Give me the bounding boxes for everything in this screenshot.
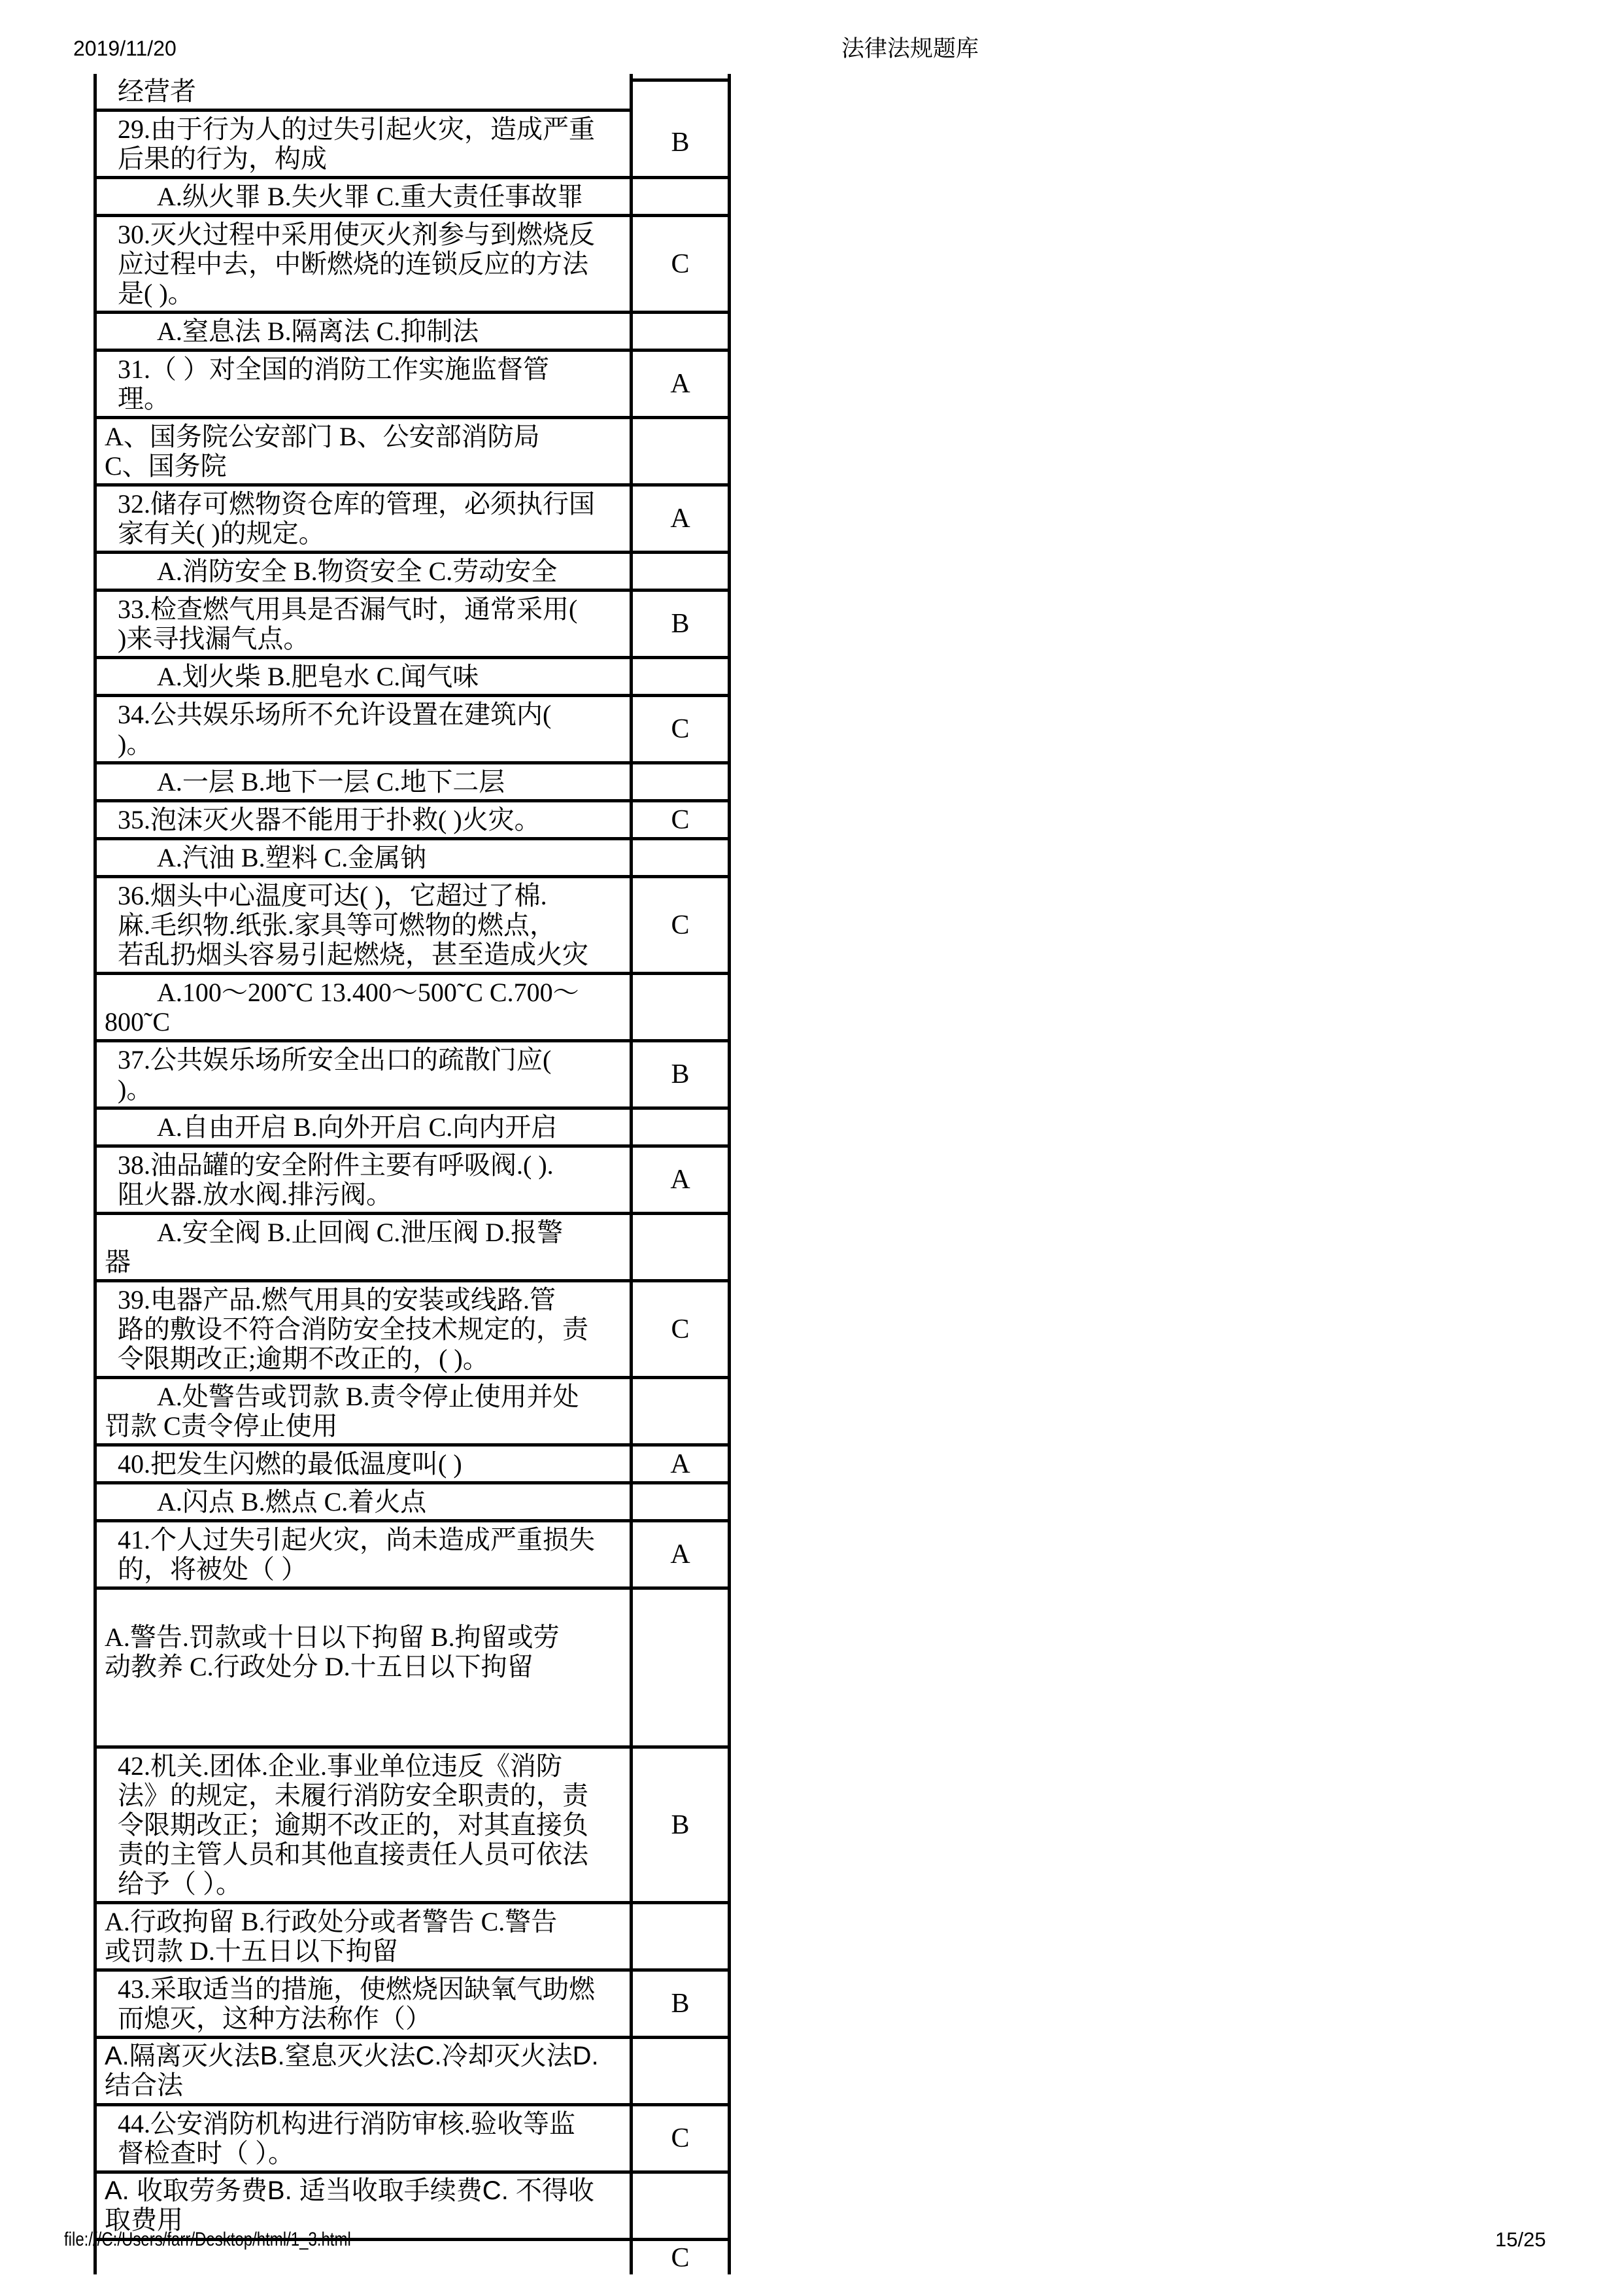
answer-cell: B xyxy=(633,1968,731,2036)
question-row: 31.（ ）对全国的消防工作实施监督管 理。A xyxy=(93,349,731,416)
question-row: 43.采取适当的措施，使燃烧因缺氧气助燃 而熄灭，这种方法称作（）B xyxy=(93,1968,731,2036)
question-cell: 38.油品罐的安全附件主要有呼吸阀.( ). 阻火器.放水阀.排污阀。 xyxy=(93,1144,633,1212)
options-row: A.行政拘留 B.行政处分或者警告 C.警告 或罚款 D.十五日以下拘留 xyxy=(93,1901,731,1968)
options-row: A.安全阀 B.止回阀 C.泄压阀 D.报警 器 xyxy=(93,1212,731,1279)
answer-cell: C xyxy=(633,875,731,972)
options-cell: A.纵火罪 B.失火罪 C.重大责任事故罪 xyxy=(93,176,633,214)
answer-cell: A xyxy=(633,1519,731,1586)
answer-cell: A xyxy=(633,483,731,551)
options-cell: A.行政拘留 B.行政处分或者警告 C.警告 或罚款 D.十五日以下拘留 xyxy=(93,1901,633,1968)
answer-cell-empty xyxy=(633,1481,731,1519)
options-cell: A.安全阀 B.止回阀 C.泄压阀 D.报警 器 xyxy=(93,1212,633,1279)
question-cell: 33.检查燃气用具是否漏气时，通常采用( )来寻找漏气点。 xyxy=(93,589,633,656)
question-row: 33.检查燃气用具是否漏气时，通常采用( )来寻找漏气点。B xyxy=(93,589,731,656)
options-cell: A.处警告或罚款 B.责令停止使用并处 罚款 C责令停止使用 xyxy=(93,1376,633,1443)
question-row: 44.公安消防机构进行消防审核.验收等监 督检查时（ ）。C xyxy=(93,2103,731,2170)
options-cell: A.一层 B.地下一层 C.地下二层 xyxy=(93,761,633,799)
answer-cell-empty xyxy=(633,972,731,1039)
options-cell: A.划火柴 B.肥皂水 C.闻气味 xyxy=(93,656,633,694)
page-title: 法律法规题库 xyxy=(841,37,979,61)
options-row: A、国务院公安部门 B、公安部消防局 C、国务院 xyxy=(93,416,731,483)
answer-cell-empty xyxy=(633,1901,731,1968)
question-cell: 37.公共娱乐场所安全出口的疏散门应( )。 xyxy=(93,1039,633,1106)
question-cell: 32.储存可燃物资仓库的管理，必须执行国 家有关( )的规定。 xyxy=(93,483,633,551)
question-cell: 42.机关.团体.企业.事业单位违反《消防 法》的规定，未履行消防安全职责的，责… xyxy=(93,1745,633,1901)
options-row: A.汽油 B.塑料 C.金属钠 xyxy=(93,837,731,875)
trailing-answer-cell: C xyxy=(633,2238,731,2274)
question-cell: 44.公安消防机构进行消防审核.验收等监 督检查时（ ）。 xyxy=(93,2103,633,2170)
question-cell: 43.采取适当的措施，使燃烧因缺氧气助燃 而熄灭，这种方法称作（） xyxy=(93,1968,633,2036)
header-date: 2019/11/20 xyxy=(73,37,177,60)
question-cell: 30.灭火过程中采用使灭火剂参与到燃烧反 应过程中去，中断燃烧的连锁反应的方法 … xyxy=(93,214,633,311)
answer-cell-empty xyxy=(633,416,731,483)
answer-cell-empty xyxy=(633,837,731,875)
question-cell: 35.泡沫灭火器不能用于扑救( )火灾。 xyxy=(93,799,633,837)
answer-cell-empty xyxy=(633,311,731,349)
question-row: 36.烟头中心温度可达( )，它超过了棉. 麻.毛织物.纸张.家具等可燃物的燃点… xyxy=(93,875,731,972)
options-cell: A.闪点 B.燃点 C.着火点 xyxy=(93,1481,633,1519)
options-cell: A.窒息法 B.隔离法 C.抑制法 xyxy=(93,311,633,349)
question-row: 41.个人过失引起火灾，尚未造成严重损失 的，将被处（ ）A xyxy=(93,1519,731,1586)
question-row: 29.由于行为人的过失引起火灾，造成严重 后果的行为，构成B xyxy=(93,109,731,176)
continuation-text-cell: 经营者 xyxy=(93,74,633,109)
options-row: A.划火柴 B.肥皂水 C.闻气味 xyxy=(93,656,731,694)
continuation-answer-cell xyxy=(633,74,731,109)
options-cell: A.汽油 B.塑料 C.金属钠 xyxy=(93,837,633,875)
answer-cell: B xyxy=(633,589,731,656)
options-cell: A.隔离灭火法B.窒息灭火法C.冷却灭火法D. 结合法 xyxy=(93,2036,633,2103)
answer-cell-empty xyxy=(633,761,731,799)
options-cell: A.100～200˜C 13.400～500˜C C.700～ 800˜C xyxy=(93,972,633,1039)
answer-cell: A xyxy=(633,1144,731,1212)
printed-page: { "header": { "date": "2019/11/20", "tit… xyxy=(0,0,1622,2296)
answer-cell-empty xyxy=(633,551,731,589)
answer-cell: C xyxy=(633,799,731,837)
options-row: A.处警告或罚款 B.责令停止使用并处 罚款 C责令停止使用 xyxy=(93,1376,731,1443)
answer-cell: C xyxy=(633,1279,731,1376)
footer-page-number: 15/25 xyxy=(1495,2229,1546,2251)
options-row: A.一层 B.地下一层 C.地下二层 xyxy=(93,761,731,799)
question-cell: 41.个人过失引起火灾，尚未造成严重损失 的，将被处（ ） xyxy=(93,1519,633,1586)
answer-cell: C xyxy=(633,2103,731,2170)
answer-cell: C xyxy=(633,694,731,761)
question-cell: 29.由于行为人的过失引起火灾，造成严重 后果的行为，构成 xyxy=(93,109,633,176)
page-break-border xyxy=(630,78,728,82)
answer-cell: B xyxy=(633,109,731,176)
options-row: A.自由开启 B.向外开启 C.向内开启 xyxy=(93,1106,731,1144)
answer-cell: A xyxy=(633,349,731,416)
options-row: A.隔离灭火法B.窒息灭火法C.冷却灭火法D. 结合法 xyxy=(93,2036,731,2103)
options-row: A.消防安全 B.物资安全 C.劳动安全 xyxy=(93,551,731,589)
options-cell: A、国务院公安部门 B、公安部消防局 C、国务院 xyxy=(93,416,633,483)
question-row: 39.电器产品.燃气用具的安装或线路.管 路的敷设不符合消防安全技术规定的，责 … xyxy=(93,1279,731,1376)
options-row: A.警告.罚款或十日以下拘留 B.拘留或劳 动教养 C.行政处分 D.十五日以下… xyxy=(93,1586,731,1745)
options-cell: A.消防安全 B.物资安全 C.劳动安全 xyxy=(93,551,633,589)
options-row: A.窒息法 B.隔离法 C.抑制法 xyxy=(93,311,731,349)
answer-cell-empty xyxy=(633,2036,731,2103)
options-cell: A.自由开启 B.向外开启 C.向内开启 xyxy=(93,1106,633,1144)
question-row: 37.公共娱乐场所安全出口的疏散门应( )。B xyxy=(93,1039,731,1106)
question-cell: 39.电器产品.燃气用具的安装或线路.管 路的敷设不符合消防安全技术规定的，责 … xyxy=(93,1279,633,1376)
answer-cell-empty xyxy=(633,656,731,694)
question-cell: 34.公共娱乐场所不允许设置在建筑内( )。 xyxy=(93,694,633,761)
answer-cell-empty xyxy=(633,1376,731,1443)
question-cell: 40.把发生闪燃的最低温度叫( ) xyxy=(93,1443,633,1481)
options-row: A. 收取劳务费B. 适当收取手续费C. 不得收 取费用 xyxy=(93,2170,731,2238)
question-cell: 31.（ ）对全国的消防工作实施监督管 理。 xyxy=(93,349,633,416)
question-cell: 36.烟头中心温度可达( )，它超过了棉. 麻.毛织物.纸张.家具等可燃物的燃点… xyxy=(93,875,633,972)
continuation-row: 经营者 xyxy=(93,74,731,109)
answer-cell-empty xyxy=(633,1212,731,1279)
options-row: A.闪点 B.燃点 C.着火点 xyxy=(93,1481,731,1519)
answer-cell: C xyxy=(633,214,731,311)
answer-cell-empty xyxy=(633,1586,731,1745)
question-row: 32.储存可燃物资仓库的管理，必须执行国 家有关( )的规定。A xyxy=(93,483,731,551)
answer-cell: A xyxy=(633,1443,731,1481)
question-row: 35.泡沫灭火器不能用于扑救( )火灾。C xyxy=(93,799,731,837)
question-row: 34.公共娱乐场所不允许设置在建筑内( )。C xyxy=(93,694,731,761)
options-cell: A. 收取劳务费B. 适当收取手续费C. 不得收 取费用 xyxy=(93,2170,633,2238)
question-row: 42.机关.团体.企业.事业单位违反《消防 法》的规定，未履行消防安全职责的，责… xyxy=(93,1745,731,1901)
answer-cell: B xyxy=(633,1039,731,1106)
question-row: 30.灭火过程中采用使灭火剂参与到燃烧反 应过程中去，中断燃烧的连锁反应的方法 … xyxy=(93,214,731,311)
options-row: A.100～200˜C 13.400～500˜C C.700～ 800˜C xyxy=(93,972,731,1039)
answer-cell-empty xyxy=(633,176,731,214)
answer-cell-empty xyxy=(633,2170,731,2238)
answer-cell-empty xyxy=(633,1106,731,1144)
quiz-table: 经营者 29.由于行为人的过失引起火灾，造成严重 后果的行为，构成B A.纵火罪… xyxy=(93,74,731,2274)
options-cell: A.警告.罚款或十日以下拘留 B.拘留或劳 动教养 C.行政处分 D.十五日以下… xyxy=(93,1586,633,1745)
footer-file-url: file:///C:/Users/farr/Desktop/html/1_3.h… xyxy=(64,2229,351,2251)
answer-cell: B xyxy=(633,1745,731,1901)
question-row: 40.把发生闪燃的最低温度叫( )A xyxy=(93,1443,731,1481)
question-row: 38.油品罐的安全附件主要有呼吸阀.( ). 阻火器.放水阀.排污阀。A xyxy=(93,1144,731,1212)
options-row: A.纵火罪 B.失火罪 C.重大责任事故罪 xyxy=(93,176,731,214)
